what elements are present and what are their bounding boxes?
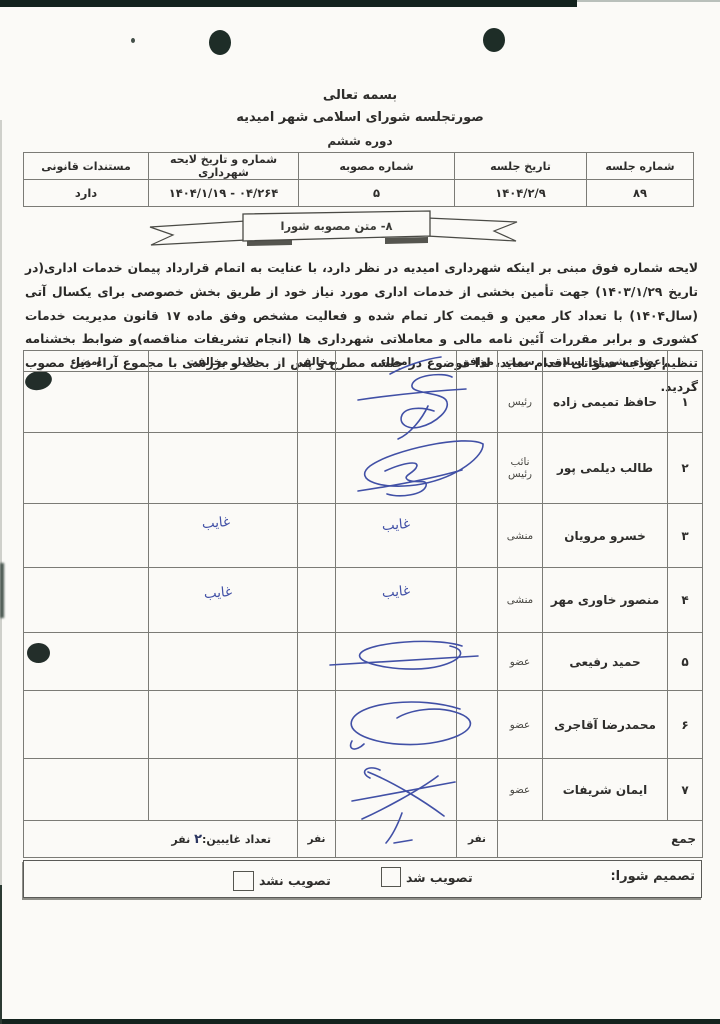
member-name: محمدرضا آقاجری (543, 691, 668, 759)
signature-left-cell (24, 504, 149, 568)
member-position: عضو (498, 633, 543, 691)
member-position: عضو (498, 759, 543, 821)
member-position: منشی (498, 568, 543, 633)
absent-count-prefix: تعداد غایبین: (202, 833, 271, 846)
oppose-cell (298, 504, 336, 568)
approved-label: تصویب شد (406, 870, 473, 885)
member-row-7: ۷ ایمان شریفات عضو (24, 759, 703, 821)
totals-signature-cell (336, 821, 457, 858)
scan-edge-left-dark (0, 885, 2, 1024)
absent-count-value: ۲ (194, 832, 202, 847)
scan-smudge-left (0, 563, 4, 618)
page-title: صورتجلسه شورای اسلامی شهر امیدیه (210, 110, 510, 125)
ink-speck (131, 38, 135, 43)
hole-punch-mark-1 (209, 30, 231, 55)
signature-left-cell (24, 633, 149, 691)
member-row-1: ۱ حافظ تمیمی زاده رئیس (24, 372, 703, 433)
signature-left-cell (24, 691, 149, 759)
scan-edge-bottom (0, 1019, 720, 1024)
member-row-6: ۶ محمدرضا آقاجری عضو (24, 691, 703, 759)
session-date-value: ۱۴۰۴/۲/۹ (455, 180, 587, 207)
ribbon-left-tail (150, 221, 246, 245)
oppose-cell (298, 691, 336, 759)
oppose-cell (298, 759, 336, 821)
member-name: حمید رفیعی (543, 633, 668, 691)
scanned-council-minutes-page: بسمه تعالی صورتجلسه شورای اسلامی شهر امی… (0, 0, 720, 1024)
member-position: نائب رئیس (498, 433, 543, 504)
agree-count-unit: نفر (457, 821, 498, 858)
member-number: ۶ (668, 691, 703, 759)
agree-cell (457, 433, 498, 504)
oppose-header: مخالف (298, 351, 336, 372)
legal-docs-value: دارد (24, 180, 149, 207)
member-number: ۵ (668, 633, 703, 691)
oppose-cell (298, 372, 336, 433)
approved-checkbox (381, 867, 401, 887)
council-term: دوره ششم (300, 134, 420, 148)
agree-cell (457, 633, 498, 691)
bill-number-date-value: ۰۴/۲۶۴ - ۱۴۰۴/۱/۱۹ (149, 180, 299, 207)
row-number-header (668, 351, 703, 372)
ribbon-section-label: ۸- متن مصوبه شورا (243, 214, 430, 237)
member-name: منصور خاوری مهر (543, 568, 668, 633)
oppose-cell (298, 568, 336, 633)
agree-cell (457, 759, 498, 821)
ribbon-right-tail (427, 218, 517, 241)
agree-cell (457, 372, 498, 433)
scan-edge-top (0, 0, 577, 7)
session-info-header-row: شماره جلسه تاریخ جلسه شماره مصوبه شماره … (24, 153, 694, 180)
absent-count-suffix: نفر (171, 833, 194, 846)
agree-cell (457, 504, 498, 568)
member-position: عضو (498, 691, 543, 759)
signature-left-cell (24, 568, 149, 633)
agree-cell (457, 568, 498, 633)
totals-label: جمع (498, 821, 703, 858)
member-row-2: ۲ طالب دیلمی پور نائب رئیس (24, 433, 703, 504)
signature-left-cell (24, 433, 149, 504)
position-header: سمت (498, 351, 543, 372)
signature-cell (336, 759, 457, 821)
signature-left-header: امضاء (24, 351, 149, 372)
oppose-count-unit: نفر (298, 821, 336, 858)
bill-number-date-header: شماره و تاریخ لایحه شهرداری (149, 153, 299, 180)
oppose-reasons-cell (149, 691, 298, 759)
member-position: منشی (498, 504, 543, 568)
oppose-reasons-cell (149, 372, 298, 433)
signature-cell (336, 633, 457, 691)
session-info-table: شماره جلسه تاریخ جلسه شماره مصوبه شماره … (23, 152, 694, 207)
members-vote-table: اعضای شورای اسلامی سمت موافق امضاء مخالف… (23, 350, 703, 858)
oppose-reasons-header: دلایل مخالفت (149, 351, 298, 372)
member-number: ۳ (668, 504, 703, 568)
member-name: ایمان شریفات (543, 759, 668, 821)
member-row-3: ۳ خسرو مرویان منشی (24, 504, 703, 568)
hole-punch-mark-2 (483, 28, 505, 52)
signature-left-cell (24, 372, 149, 433)
signature-cell (336, 433, 457, 504)
members-header: اعضای شورای اسلامی (543, 351, 668, 372)
oppose-reasons-cell (149, 433, 298, 504)
oppose-reasons-cell (149, 504, 298, 568)
scan-edge-top-right (577, 0, 720, 2)
session-number-value: ۸۹ (587, 180, 694, 207)
member-name: طالب دیلمی پور (543, 433, 668, 504)
member-name: خسرو مرویان (543, 504, 668, 568)
council-decision-box: تصمیم شورا: تصویب شد تصویب نشد (23, 860, 702, 898)
member-number: ۱ (668, 372, 703, 433)
member-number: ۲ (668, 433, 703, 504)
oppose-cell (298, 633, 336, 691)
member-row-5: ۵ حمید رفیعی عضو (24, 633, 703, 691)
rejected-label: تصویب نشد (259, 873, 331, 888)
absent-count-cell: تعداد غایبین:۲ نفر (24, 821, 298, 858)
session-date-header: تاریخ جلسه (455, 153, 587, 180)
ribbon-fold-left (247, 239, 292, 246)
resolution-number-header: شماره مصوبه (299, 153, 455, 180)
member-name: حافظ تمیمی زاده (543, 372, 668, 433)
signature-cell (336, 372, 457, 433)
session-number-header: شماره جلسه (587, 153, 694, 180)
member-number: ۴ (668, 568, 703, 633)
signature-header: امضاء (336, 351, 457, 372)
oppose-cell (298, 433, 336, 504)
signature-left-cell (24, 759, 149, 821)
totals-row: جمع نفر نفر تعداد غایبین:۲ نفر (24, 821, 703, 858)
bismillah-line: بسمه تعالی (280, 88, 440, 103)
members-header-row: اعضای شورای اسلامی سمت موافق امضاء مخالف… (24, 351, 703, 372)
agree-header: موافق (457, 351, 498, 372)
session-info-value-row: ۸۹ ۱۴۰۴/۲/۹ ۵ ۰۴/۲۶۴ - ۱۴۰۴/۱/۱۹ دارد (24, 180, 694, 207)
decision-label: تصمیم شورا: (610, 869, 695, 884)
resolution-number-value: ۵ (299, 180, 455, 207)
agree-cell (457, 691, 498, 759)
legal-docs-header: مستندات قانونی (24, 153, 149, 180)
rejected-checkbox (233, 871, 254, 891)
signature-cell (336, 691, 457, 759)
ribbon-fold-right (385, 237, 428, 244)
oppose-reasons-cell (149, 633, 298, 691)
member-number: ۷ (668, 759, 703, 821)
signature-cell (336, 504, 457, 568)
member-row-4: ۴ منصور خاوری مهر منشی (24, 568, 703, 633)
member-position: رئیس (498, 372, 543, 433)
oppose-reasons-cell (149, 759, 298, 821)
